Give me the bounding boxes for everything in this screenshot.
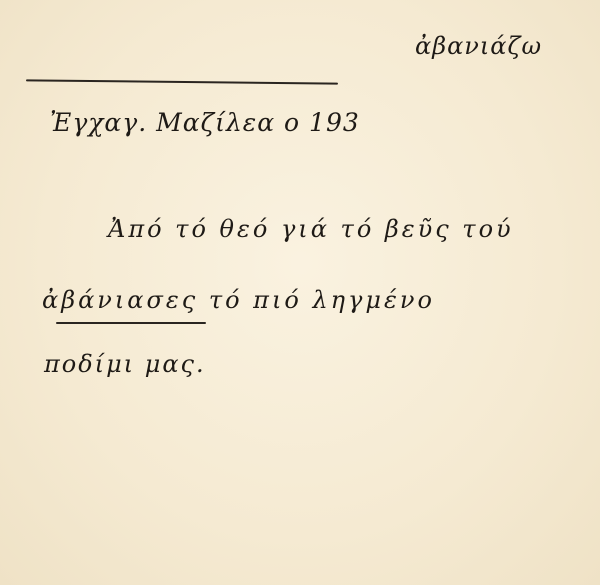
body-line-3: ποδίμι μας.	[44, 350, 206, 378]
top-rule	[26, 79, 338, 84]
body-line-1: Ἀπό τό θεό γιά τό βεῦς τού	[108, 215, 514, 243]
underline	[56, 322, 206, 324]
heading-line: Ἐγχαγ. Μαζίλεα ο 193	[50, 108, 360, 137]
body-line-2: ἀβάνιασες τό πιό ληγμένο	[42, 286, 435, 314]
corner-note: ἀβανιάζω	[415, 32, 542, 60]
manuscript-page: ἀβανιάζω Ἐγχαγ. Μαζίλεα ο 193 Ἀπό τό θεό…	[0, 0, 600, 585]
